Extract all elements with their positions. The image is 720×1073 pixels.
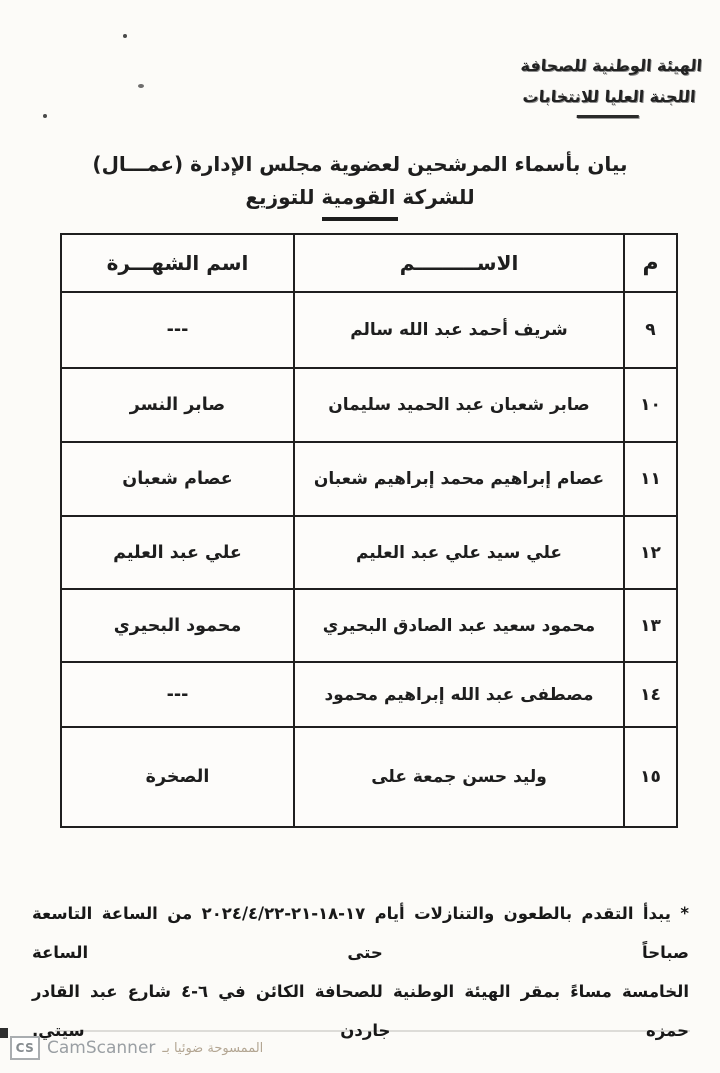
cell-serial: ١٣ (624, 589, 677, 662)
cell-name: عصام إبراهيم محمد إبراهيم شعبان (294, 442, 624, 516)
cell-name: علي سيد علي عبد العليم (294, 516, 624, 589)
stamp-line-2: اللجنة العليا للانتخابات (510, 81, 708, 112)
table-header-row: م الاســـــــــم اسم الشهـــرة (61, 234, 677, 292)
cell-nickname: محمود البحيري (61, 589, 294, 662)
table-row: ١٠ صابر شعبان عبد الحميد سليمان صابر الن… (61, 368, 677, 442)
header-serial: م (624, 234, 677, 292)
camscanner-arabic-label: الممسوحة ضوئيا بـ (162, 1041, 263, 1056)
document-title: بيان بأسماء المرشحين لعضوية مجلس الإدارة… (0, 147, 720, 221)
scan-corner-artifact (0, 1028, 8, 1038)
cell-name: محمود سعيد عبد الصادق البحيري (294, 589, 624, 662)
scan-speck (123, 34, 127, 38)
candidates-table-container: م الاســـــــــم اسم الشهـــرة ٩ شريف أح… (60, 233, 678, 828)
camscanner-brand-text: CamScanner (47, 1038, 155, 1058)
header-name: الاســـــــــم (294, 234, 624, 292)
stamp-underline (577, 115, 639, 118)
cell-name: شريف أحمد عبد الله سالم (294, 292, 624, 368)
title-line-1: بيان بأسماء المرشحين لعضوية مجلس الإدارة… (0, 147, 720, 181)
cell-serial: ٩ (624, 292, 677, 368)
cell-nickname: الصخرة (61, 727, 294, 827)
appeals-footnote: * يبدأ التقدم بالطعون والتنازلات أيام ‭٢… (32, 894, 689, 1050)
cell-serial: ١٢ (624, 516, 677, 589)
cell-name: مصطفى عبد الله إبراهيم محمود (294, 662, 624, 727)
cell-nickname: عصام شعبان (61, 442, 294, 516)
cell-nickname: --- (61, 662, 294, 727)
scan-speck (43, 114, 47, 118)
cell-nickname: --- (61, 292, 294, 368)
cell-name: صابر شعبان عبد الحميد سليمان (294, 368, 624, 442)
table-row: ١٥ وليد حسن جمعة على الصخرة (61, 727, 677, 827)
cell-serial: ١١ (624, 442, 677, 516)
header-nickname: اسم الشهـــرة (61, 234, 294, 292)
camscanner-logo-icon: CS (10, 1036, 40, 1060)
table-row: ١٣ محمود سعيد عبد الصادق البحيري محمود ا… (61, 589, 677, 662)
table-row: ١١ عصام إبراهيم محمد إبراهيم شعبان عصام … (61, 442, 677, 516)
cell-serial: ١٠ (624, 368, 677, 442)
cell-nickname: علي عبد العليم (61, 516, 294, 589)
title-underline (322, 217, 398, 221)
scanned-document-page: الهيئة الوطنية للصحافة اللجنة العليا للا… (0, 0, 720, 1073)
table-row: ١٤ مصطفى عبد الله إبراهيم محمود --- (61, 662, 677, 727)
scan-speck (138, 84, 144, 88)
table-row: ١٢ علي سيد علي عبد العليم علي عبد العليم (61, 516, 677, 589)
title-line-2: للشركة القومية للتوزيع (0, 181, 720, 213)
table-row: ٩ شريف أحمد عبد الله سالم --- (61, 292, 677, 368)
stamp-line-1: الهيئة الوطنية للصحافة (512, 50, 710, 81)
cell-serial: ١٤ (624, 662, 677, 727)
header-stamp: الهيئة الوطنية للصحافة اللجنة العليا للا… (510, 50, 711, 118)
cell-serial: ١٥ (624, 727, 677, 827)
camscanner-watermark: CS CamScanner الممسوحة ضوئيا بـ (10, 1036, 263, 1060)
footnote-line-1: * يبدأ التقدم بالطعون والتنازلات أيام ‭٢… (32, 894, 689, 972)
cell-nickname: صابر النسر (61, 368, 294, 442)
cell-name: وليد حسن جمعة على (294, 727, 624, 827)
candidates-table: م الاســـــــــم اسم الشهـــرة ٩ شريف أح… (60, 233, 678, 828)
